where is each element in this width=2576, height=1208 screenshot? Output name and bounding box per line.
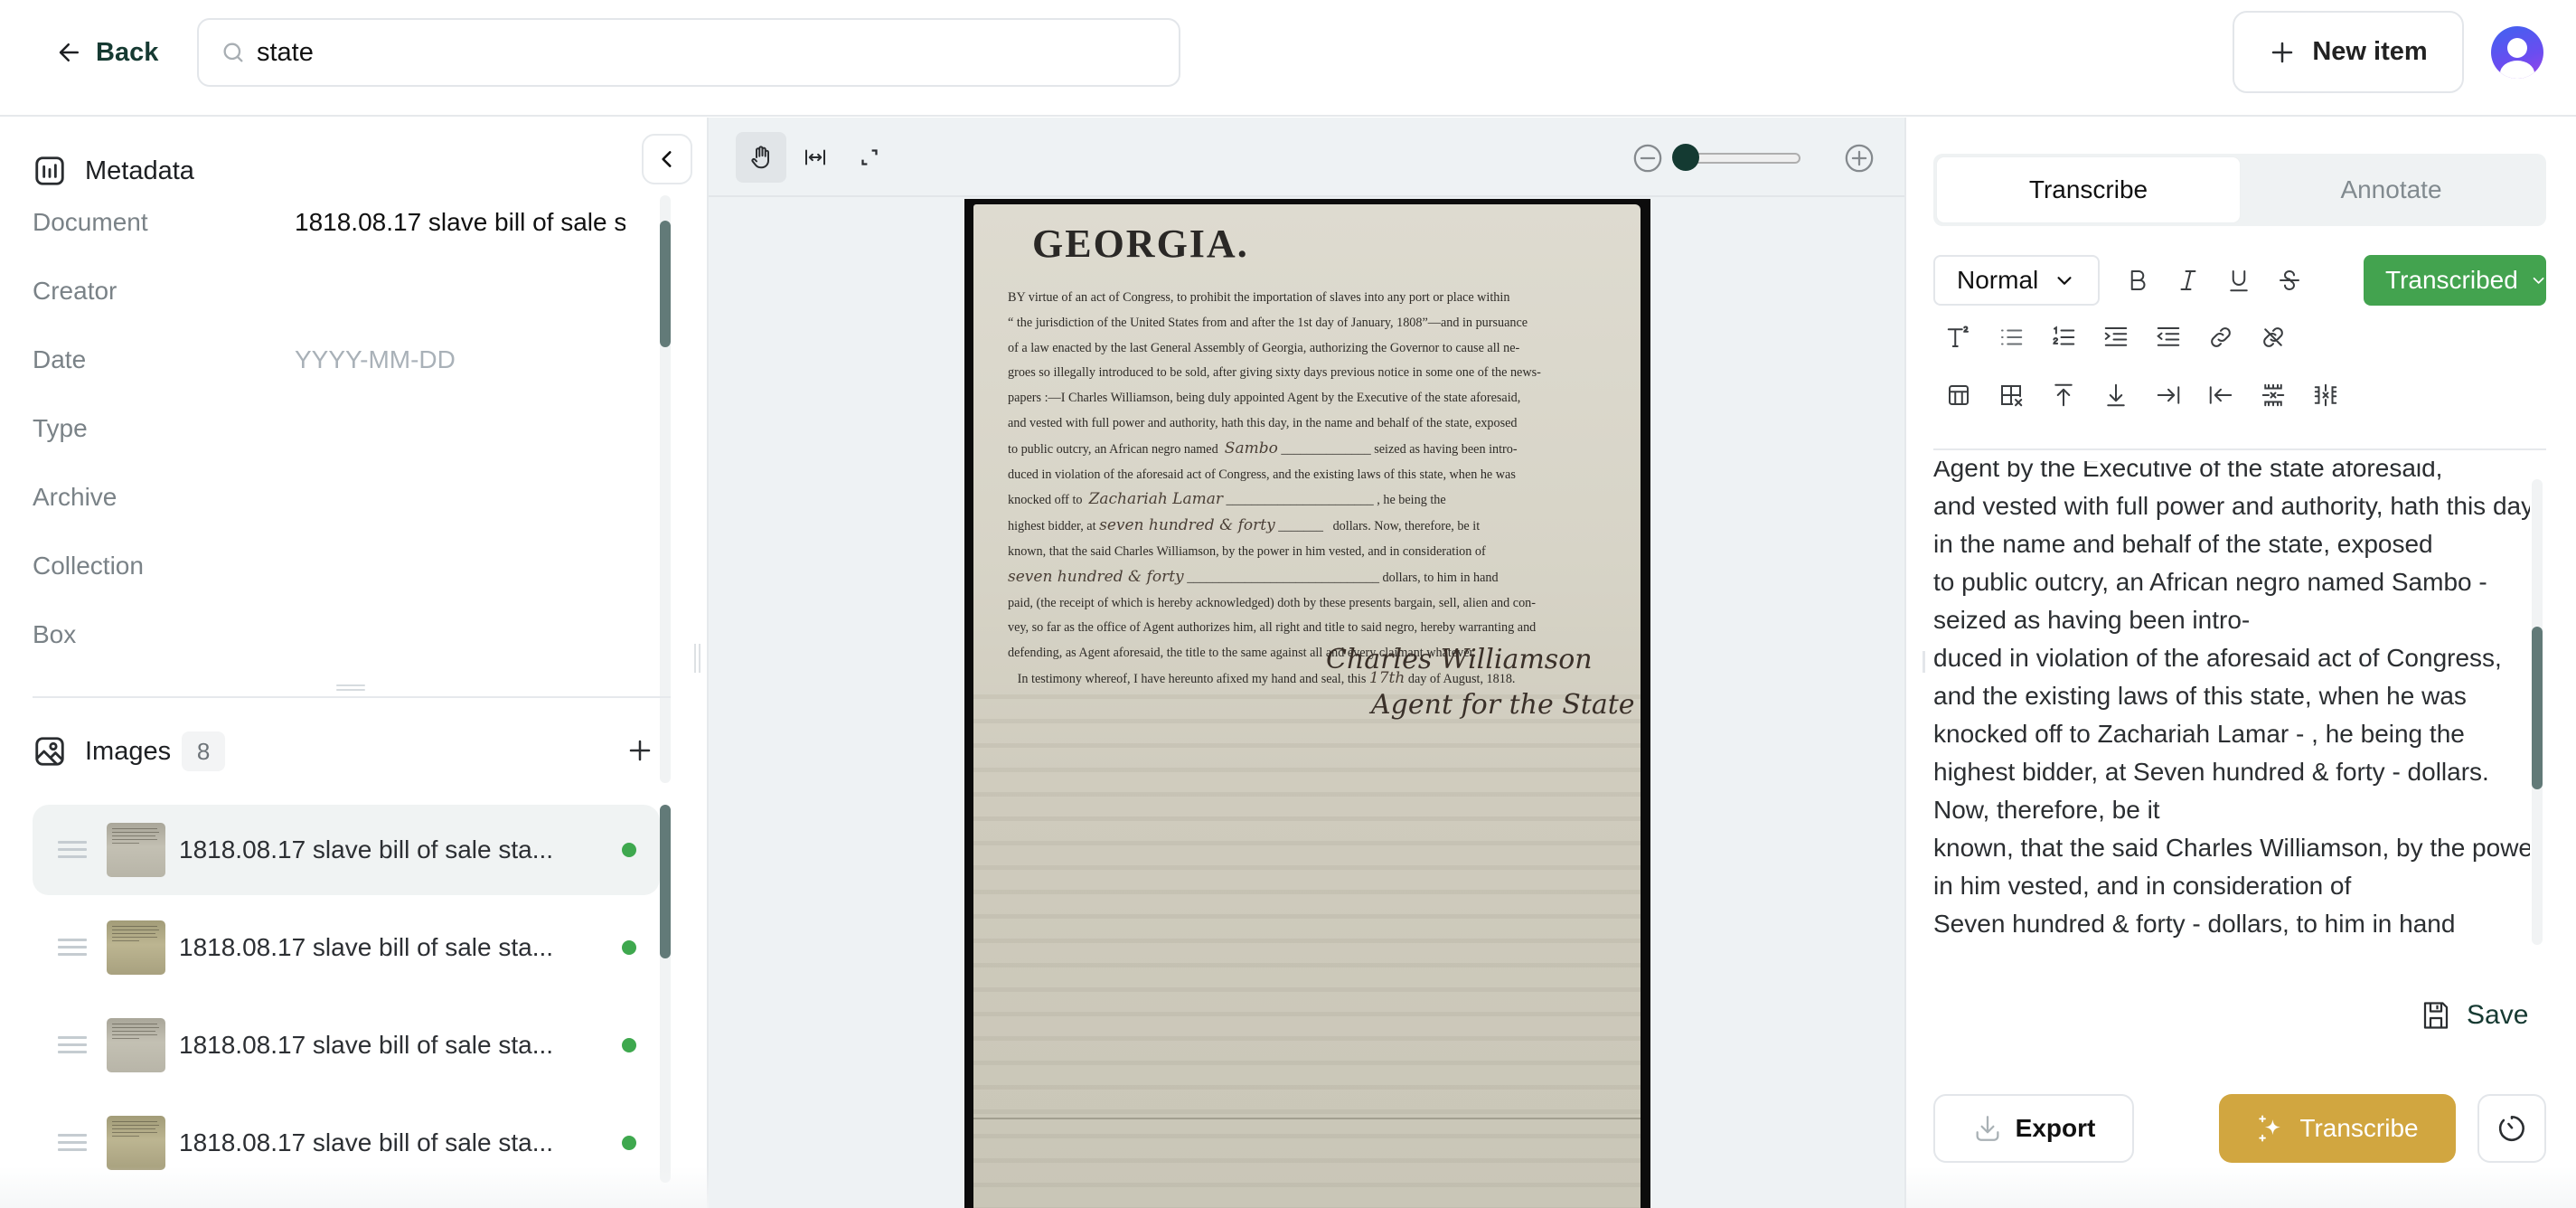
strikethrough-button[interactable] bbox=[2264, 255, 2315, 306]
handwritten-buyer: Zachariah Lamar bbox=[1089, 490, 1223, 508]
chevron-left-icon bbox=[655, 147, 679, 171]
drag-handle-icon[interactable] bbox=[58, 939, 87, 957]
export-label: Export bbox=[2016, 1114, 2096, 1143]
avatar-head-shape bbox=[2507, 38, 2527, 58]
document-line: “ the jurisdiction of the United States … bbox=[1008, 311, 1604, 336]
document-line: BY virtue of an act of Congress, to proh… bbox=[1008, 286, 1604, 311]
delete-column-icon bbox=[2312, 382, 2339, 409]
document-line: papers :—I Charles Williamson, being dul… bbox=[1008, 386, 1604, 411]
field-label: Collection bbox=[33, 552, 295, 580]
chart-bars-icon bbox=[33, 154, 67, 188]
tab-annotate[interactable]: Annotate bbox=[2240, 157, 2543, 222]
sidebar-resize-handle[interactable] bbox=[694, 644, 701, 675]
plus-icon bbox=[2269, 39, 2296, 66]
field-box: Box bbox=[33, 608, 629, 662]
tab-transcribe[interactable]: Transcribe bbox=[1937, 157, 2240, 222]
numbered-list-icon bbox=[2050, 324, 2077, 351]
field-collection: Collection bbox=[33, 539, 629, 593]
image-list-item[interactable]: 1818.08.17 slave bill of sale sta... bbox=[33, 805, 660, 895]
image-name: 1818.08.17 slave bill of sale sta... bbox=[179, 1128, 553, 1157]
unlink-icon bbox=[2260, 324, 2287, 351]
document-line: vey, so far as the office of Agent autho… bbox=[1008, 616, 1604, 641]
document-line: of a law enacted by the last General Ass… bbox=[1008, 336, 1604, 362]
images-count-badge: 8 bbox=[182, 731, 225, 771]
date-input[interactable] bbox=[295, 345, 625, 374]
transcription-status-dropdown[interactable]: Transcribed bbox=[2364, 255, 2546, 306]
arrow-left-icon bbox=[56, 39, 83, 66]
link-icon bbox=[2207, 324, 2234, 351]
document-line: highest bidder, at seven hundred & forty… bbox=[1008, 514, 1604, 540]
field-date: Date bbox=[33, 333, 629, 387]
field-archive: Archive bbox=[33, 470, 629, 524]
editor-scrollbar-thumb[interactable] bbox=[2532, 627, 2543, 789]
field-creator: Creator bbox=[33, 264, 629, 318]
delete-row-icon bbox=[2260, 382, 2287, 409]
download-icon bbox=[1972, 1113, 2003, 1144]
left-sidebar: Metadata Document Creator Date Type Arch… bbox=[0, 118, 709, 1208]
status-dot bbox=[622, 843, 636, 857]
floppy-disk-icon bbox=[2420, 999, 2452, 1032]
field-label: Archive bbox=[33, 483, 295, 512]
image-list-item[interactable]: 1818.08.17 slave bill of sale sta... bbox=[33, 902, 660, 993]
document-line: and vested with full power and authority… bbox=[1008, 411, 1604, 437]
search-input[interactable] bbox=[257, 38, 1142, 68]
insert-column-left-button[interactable] bbox=[2195, 370, 2246, 420]
underline-button[interactable] bbox=[2214, 255, 2264, 306]
editor-line: seized as having been intro- bbox=[1933, 601, 2530, 639]
insert-table-button[interactable] bbox=[1933, 370, 1984, 420]
save-button[interactable]: Save bbox=[2420, 993, 2528, 1038]
editor-line: Now, therefore, be it bbox=[1933, 791, 2530, 829]
unlink-button[interactable] bbox=[2248, 312, 2299, 363]
handwritten-price: seven hundred & forty bbox=[1099, 516, 1275, 534]
image-viewer: GEORGIA. BY virtue of an act of Congress… bbox=[709, 118, 1904, 1208]
drag-handle-icon[interactable] bbox=[58, 1036, 87, 1054]
collection-input[interactable] bbox=[295, 552, 625, 580]
plus-icon bbox=[626, 737, 653, 764]
archive-input[interactable] bbox=[295, 483, 625, 512]
handwritten-name: Sambo bbox=[1225, 439, 1278, 458]
arrow-down-to-line-icon bbox=[2102, 382, 2129, 409]
ai-transcribe-label: Transcribe bbox=[2299, 1114, 2418, 1143]
arrow-left-to-line-icon bbox=[2207, 382, 2234, 409]
field-label: Type bbox=[33, 414, 295, 443]
search-icon bbox=[221, 40, 246, 65]
bottom-fade bbox=[1906, 1166, 2576, 1208]
field-label: Date bbox=[33, 345, 295, 374]
handwritten-price: seven hundred & forty bbox=[1008, 568, 1184, 586]
image-list: 1818.08.17 slave bill of sale sta... 181… bbox=[33, 805, 660, 1208]
images-scrollbar-thumb[interactable] bbox=[660, 805, 671, 958]
indent-icon bbox=[2102, 324, 2129, 351]
format-toolbar-row-1: Normal bbox=[1933, 255, 2315, 306]
image-icon bbox=[33, 734, 67, 769]
document-line: knocked off to Zachariah Lamar _________… bbox=[1008, 487, 1604, 514]
status-label: Transcribed bbox=[2385, 266, 2518, 295]
collapse-sidebar-button[interactable] bbox=[642, 134, 692, 184]
mode-tabs: Transcribe Annotate bbox=[1933, 154, 2546, 226]
back-label: Back bbox=[96, 38, 158, 68]
drag-handle-icon[interactable] bbox=[58, 841, 87, 859]
handwritten-role: Agent for the State bbox=[1371, 689, 1635, 721]
user-avatar[interactable] bbox=[2491, 26, 2543, 79]
superscript-button[interactable] bbox=[1933, 312, 1984, 363]
section-resize-handle[interactable] bbox=[336, 684, 365, 692]
images-title: Images bbox=[85, 737, 171, 767]
zoom-out-icon[interactable] bbox=[1632, 143, 1663, 174]
bold-button[interactable] bbox=[2112, 255, 2163, 306]
delete-table-icon bbox=[1998, 382, 2025, 409]
paper-fold bbox=[973, 1118, 1641, 1119]
editor-line: highest bidder, at Seven hundred & forty… bbox=[1933, 753, 2530, 791]
editor-line: Agent by the Executive of the state afor… bbox=[1933, 461, 2530, 487]
chevron-down-icon bbox=[2054, 270, 2074, 290]
fullscreen-button[interactable] bbox=[844, 132, 895, 183]
box-input[interactable] bbox=[295, 620, 625, 649]
bold-icon bbox=[2124, 267, 2151, 294]
outdent-button[interactable] bbox=[2143, 312, 2194, 363]
new-item-label: New item bbox=[2312, 37, 2427, 67]
bullet-list-button[interactable] bbox=[1986, 312, 2036, 363]
metadata-title: Metadata bbox=[85, 156, 194, 186]
section-divider bbox=[33, 696, 671, 698]
zoom-in-icon[interactable] bbox=[1844, 143, 1875, 174]
insert-row-below-button[interactable] bbox=[2091, 370, 2141, 420]
editor-resize-handle[interactable] bbox=[1923, 651, 1925, 673]
ai-transcribe-button[interactable]: Transcribe bbox=[2219, 1094, 2456, 1163]
metadata-fields: Document Creator Date Type Archive Colle… bbox=[33, 195, 629, 779]
document-image[interactable]: GEORGIA. BY virtue of an act of Congress… bbox=[964, 199, 1650, 1208]
search-box[interactable] bbox=[197, 18, 1180, 87]
pan-tool-button[interactable] bbox=[736, 132, 786, 183]
bleed-through-text bbox=[973, 675, 1641, 1208]
insert-column-right-button[interactable] bbox=[2143, 370, 2194, 420]
hand-icon bbox=[747, 144, 775, 171]
field-type: Type bbox=[33, 401, 629, 456]
editor-line: and the existing laws of this state, whe… bbox=[1933, 677, 2530, 715]
new-item-button[interactable]: New item bbox=[2233, 11, 2464, 93]
outdent-icon bbox=[2155, 324, 2182, 351]
image-thumbnail bbox=[107, 920, 165, 975]
document-heading: GEORGIA. bbox=[1032, 221, 1249, 267]
field-label: Creator bbox=[33, 277, 295, 306]
numbered-list-button[interactable] bbox=[2038, 312, 2089, 363]
italic-icon bbox=[2175, 267, 2202, 294]
expand-icon bbox=[856, 144, 883, 171]
bullet-list-icon bbox=[1998, 324, 2025, 351]
status-dot bbox=[622, 940, 636, 955]
field-label: Document bbox=[33, 208, 295, 237]
insert-row-above-button[interactable] bbox=[2038, 370, 2089, 420]
document-input[interactable] bbox=[295, 208, 625, 237]
text-style-select[interactable]: Normal bbox=[1933, 255, 2100, 306]
metadata-section-header: Metadata bbox=[33, 154, 194, 188]
image-name: 1818.08.17 slave bill of sale sta... bbox=[179, 835, 553, 864]
field-document: Document bbox=[33, 195, 629, 250]
arrow-up-to-line-icon bbox=[2050, 382, 2077, 409]
editor-line: in the name and behalf of the state, exp… bbox=[1933, 525, 2530, 563]
status-dot bbox=[622, 1038, 636, 1052]
toolbar-divider bbox=[1933, 448, 2546, 450]
add-image-button[interactable] bbox=[622, 732, 658, 769]
document-line: duced in violation of the aforesaid act … bbox=[1008, 463, 1604, 488]
delete-table-button[interactable] bbox=[1986, 370, 2036, 420]
avatar-body-shape bbox=[2500, 61, 2534, 79]
document-line: to public outcry, an African negro named… bbox=[1008, 437, 1604, 463]
strikethrough-icon bbox=[2276, 267, 2303, 294]
image-thumbnail bbox=[107, 823, 165, 877]
zoom-slider-track[interactable] bbox=[1683, 153, 1800, 164]
document-line: known, that the said Charles Williamson,… bbox=[1008, 540, 1604, 565]
handwritten-signature: Charles Williamson bbox=[1326, 644, 1593, 675]
table-icon bbox=[1945, 382, 1972, 409]
superscript-icon bbox=[1945, 324, 1972, 351]
zoom-slider[interactable] bbox=[1674, 148, 1800, 166]
images-section-header: Images 8 bbox=[33, 729, 665, 774]
save-label: Save bbox=[2467, 1000, 2528, 1031]
editor-line: knocked off to Zachariah Lamar - , he be… bbox=[1933, 715, 2530, 753]
field-label: Box bbox=[33, 620, 295, 649]
editor-line: and vested with full power and authority… bbox=[1933, 487, 2530, 525]
image-list-item[interactable]: 1818.08.17 slave bill of sale sta... bbox=[33, 1000, 660, 1090]
delete-row-button[interactable] bbox=[2248, 370, 2299, 420]
editor-line: known, that the said Charles Williamson,… bbox=[1933, 829, 2530, 867]
format-toolbar-row-3 bbox=[1933, 370, 2351, 420]
transcription-panel: Transcribe Annotate Normal Transcribed bbox=[1904, 118, 2576, 1208]
editor-line: duced in violation of the aforesaid act … bbox=[1933, 639, 2530, 677]
drag-handle-icon[interactable] bbox=[58, 1134, 87, 1152]
chevron-down-icon bbox=[2531, 270, 2546, 290]
document-printed-text: BY virtue of an act of Congress, to proh… bbox=[1008, 286, 1604, 693]
history-button[interactable] bbox=[2477, 1094, 2546, 1163]
viewer-toolbar bbox=[709, 118, 1904, 197]
zoom-slider-knob[interactable] bbox=[1672, 144, 1699, 171]
document-line: seven hundred & forty __________________… bbox=[1008, 565, 1604, 591]
sparkles-icon bbox=[2256, 1113, 2287, 1144]
editor-line: in him vested, and in consideration of bbox=[1933, 867, 2530, 905]
export-button[interactable]: Export bbox=[1933, 1094, 2134, 1163]
document-paper: GEORGIA. BY virtue of an act of Congress… bbox=[973, 204, 1641, 1208]
indent-button[interactable] bbox=[2091, 312, 2141, 363]
editor-line: to public outcry, an African negro named… bbox=[1933, 563, 2530, 601]
back-button[interactable]: Back bbox=[56, 33, 158, 72]
underline-icon bbox=[2225, 267, 2252, 294]
image-list-item[interactable]: 1818.08.17 slave bill of sale sta... bbox=[33, 1098, 660, 1188]
document-line: groes so illegally introduced to be sold… bbox=[1008, 361, 1604, 386]
editor-line: Seven hundred & forty - dollars, to him … bbox=[1933, 905, 2530, 943]
document-line: paid, (the receipt of which is hereby ac… bbox=[1008, 591, 1604, 617]
transcription-text-editor[interactable]: Agent by the Executive of the state afor… bbox=[1933, 461, 2530, 945]
italic-button[interactable] bbox=[2163, 255, 2214, 306]
fit-width-button[interactable] bbox=[790, 132, 841, 183]
image-name: 1818.08.17 slave bill of sale sta... bbox=[179, 933, 553, 962]
fit-width-icon bbox=[802, 144, 829, 171]
link-button[interactable] bbox=[2195, 312, 2246, 363]
metadata-scrollbar-thumb[interactable] bbox=[660, 221, 671, 347]
top-bar: Back New item bbox=[0, 0, 2576, 117]
delete-column-button[interactable] bbox=[2300, 370, 2351, 420]
image-thumbnail bbox=[107, 1116, 165, 1170]
editor-content[interactable]: Agent by the Executive of the state afor… bbox=[1933, 461, 2530, 943]
arrow-right-to-line-icon bbox=[2155, 382, 2182, 409]
status-dot bbox=[622, 1136, 636, 1150]
image-name: 1818.08.17 slave bill of sale sta... bbox=[179, 1031, 553, 1060]
type-input[interactable] bbox=[295, 414, 625, 443]
format-toolbar-row-2 bbox=[1933, 312, 2299, 363]
text-style-value: Normal bbox=[1957, 266, 2038, 295]
timer-icon bbox=[2496, 1113, 2527, 1144]
image-thumbnail bbox=[107, 1018, 165, 1072]
creator-input[interactable] bbox=[295, 277, 625, 306]
